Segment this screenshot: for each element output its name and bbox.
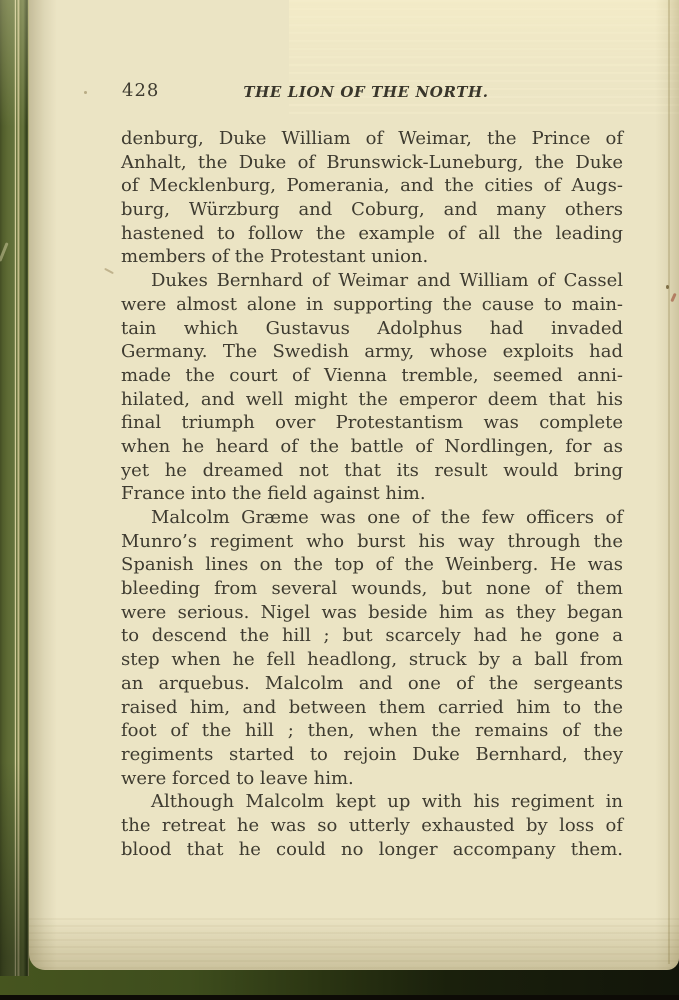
text-line: to descend the hill ; but scarcely had h… xyxy=(121,624,623,648)
gutter-shading xyxy=(29,0,57,970)
fox-spot xyxy=(666,285,669,289)
text-column: 428 THE LION OF THE NORTH. denburg, Duke… xyxy=(121,80,623,861)
text-line: were serious. Nigel was beside him as th… xyxy=(121,601,623,625)
text-line: of Mecklenburg, Pomerania, and the citie… xyxy=(121,174,623,198)
text-line: Anhalt, the Duke of Brunswick-Luneburg, … xyxy=(121,151,623,175)
text-line: Malcolm Græme was one of the few officer… xyxy=(121,506,623,530)
text-line: Dukes Bernhard of Weimar and William of … xyxy=(121,269,623,293)
text-line: Spanish lines on the top of the Weinberg… xyxy=(121,553,623,577)
text-line: final triumph over Protestantism was com… xyxy=(121,411,623,435)
page-right-edge-line xyxy=(668,0,670,964)
text-line: hilated, and well might the emperor deem… xyxy=(121,388,623,412)
text-line: hastened to follow the example of all th… xyxy=(121,222,623,246)
text-line: tain which Gustavus Adolphus had invaded xyxy=(121,317,623,341)
text-line: an arquebus. Malcolm and one of the serg… xyxy=(121,672,623,696)
page-bottom-shading xyxy=(29,918,679,970)
text-line: blood that he could no longer accompany … xyxy=(121,838,623,862)
text-line: were forced to leave him. xyxy=(121,767,623,791)
text-line: step when he fell headlong, struck by a … xyxy=(121,648,623,672)
text-line: bleeding from several wounds, but none o… xyxy=(121,577,623,601)
text-line: France into the field against him. xyxy=(121,482,623,506)
book-page: 428 THE LION OF THE NORTH. denburg, Duke… xyxy=(29,0,679,970)
text-line: made the court of Vienna tremble, seemed… xyxy=(121,364,623,388)
text-line: Germany. The Swedish army, whose exploit… xyxy=(121,340,623,364)
text-line: yet he dreamed not that its result would… xyxy=(121,459,623,483)
body-text: denburg, Duke William of Weimar, the Pri… xyxy=(121,127,623,861)
running-title: THE LION OF THE NORTH. xyxy=(243,83,488,101)
text-line: raised him, and between them carried him… xyxy=(121,696,623,720)
book-spine xyxy=(0,0,29,976)
text-line: members of the Protestant union. xyxy=(121,245,623,269)
page-number: 428 xyxy=(122,80,159,101)
text-line: regiments started to rejoin Duke Bernhar… xyxy=(121,743,623,767)
text-line: denburg, Duke William of Weimar, the Pri… xyxy=(121,127,623,151)
text-line: Munro’s regiment who burst his way throu… xyxy=(121,530,623,554)
page-right-edge-shading xyxy=(655,0,679,970)
fox-spot xyxy=(84,91,87,94)
text-line: the retreat he was so utterly exhausted … xyxy=(121,814,623,838)
running-header: 428 THE LION OF THE NORTH. xyxy=(121,80,623,102)
text-line: Although Malcolm kept up with his regime… xyxy=(121,790,623,814)
text-line: were almost alone in supporting the caus… xyxy=(121,293,623,317)
text-line: foot of the hill ; then, when the remain… xyxy=(121,719,623,743)
text-line: when he heard of the battle of Nordlinge… xyxy=(121,435,623,459)
text-line: burg, Würzburg and Coburg, and many othe… xyxy=(121,198,623,222)
spine-shading xyxy=(0,0,29,976)
book-photo: 428 THE LION OF THE NORTH. denburg, Duke… xyxy=(0,0,679,1000)
